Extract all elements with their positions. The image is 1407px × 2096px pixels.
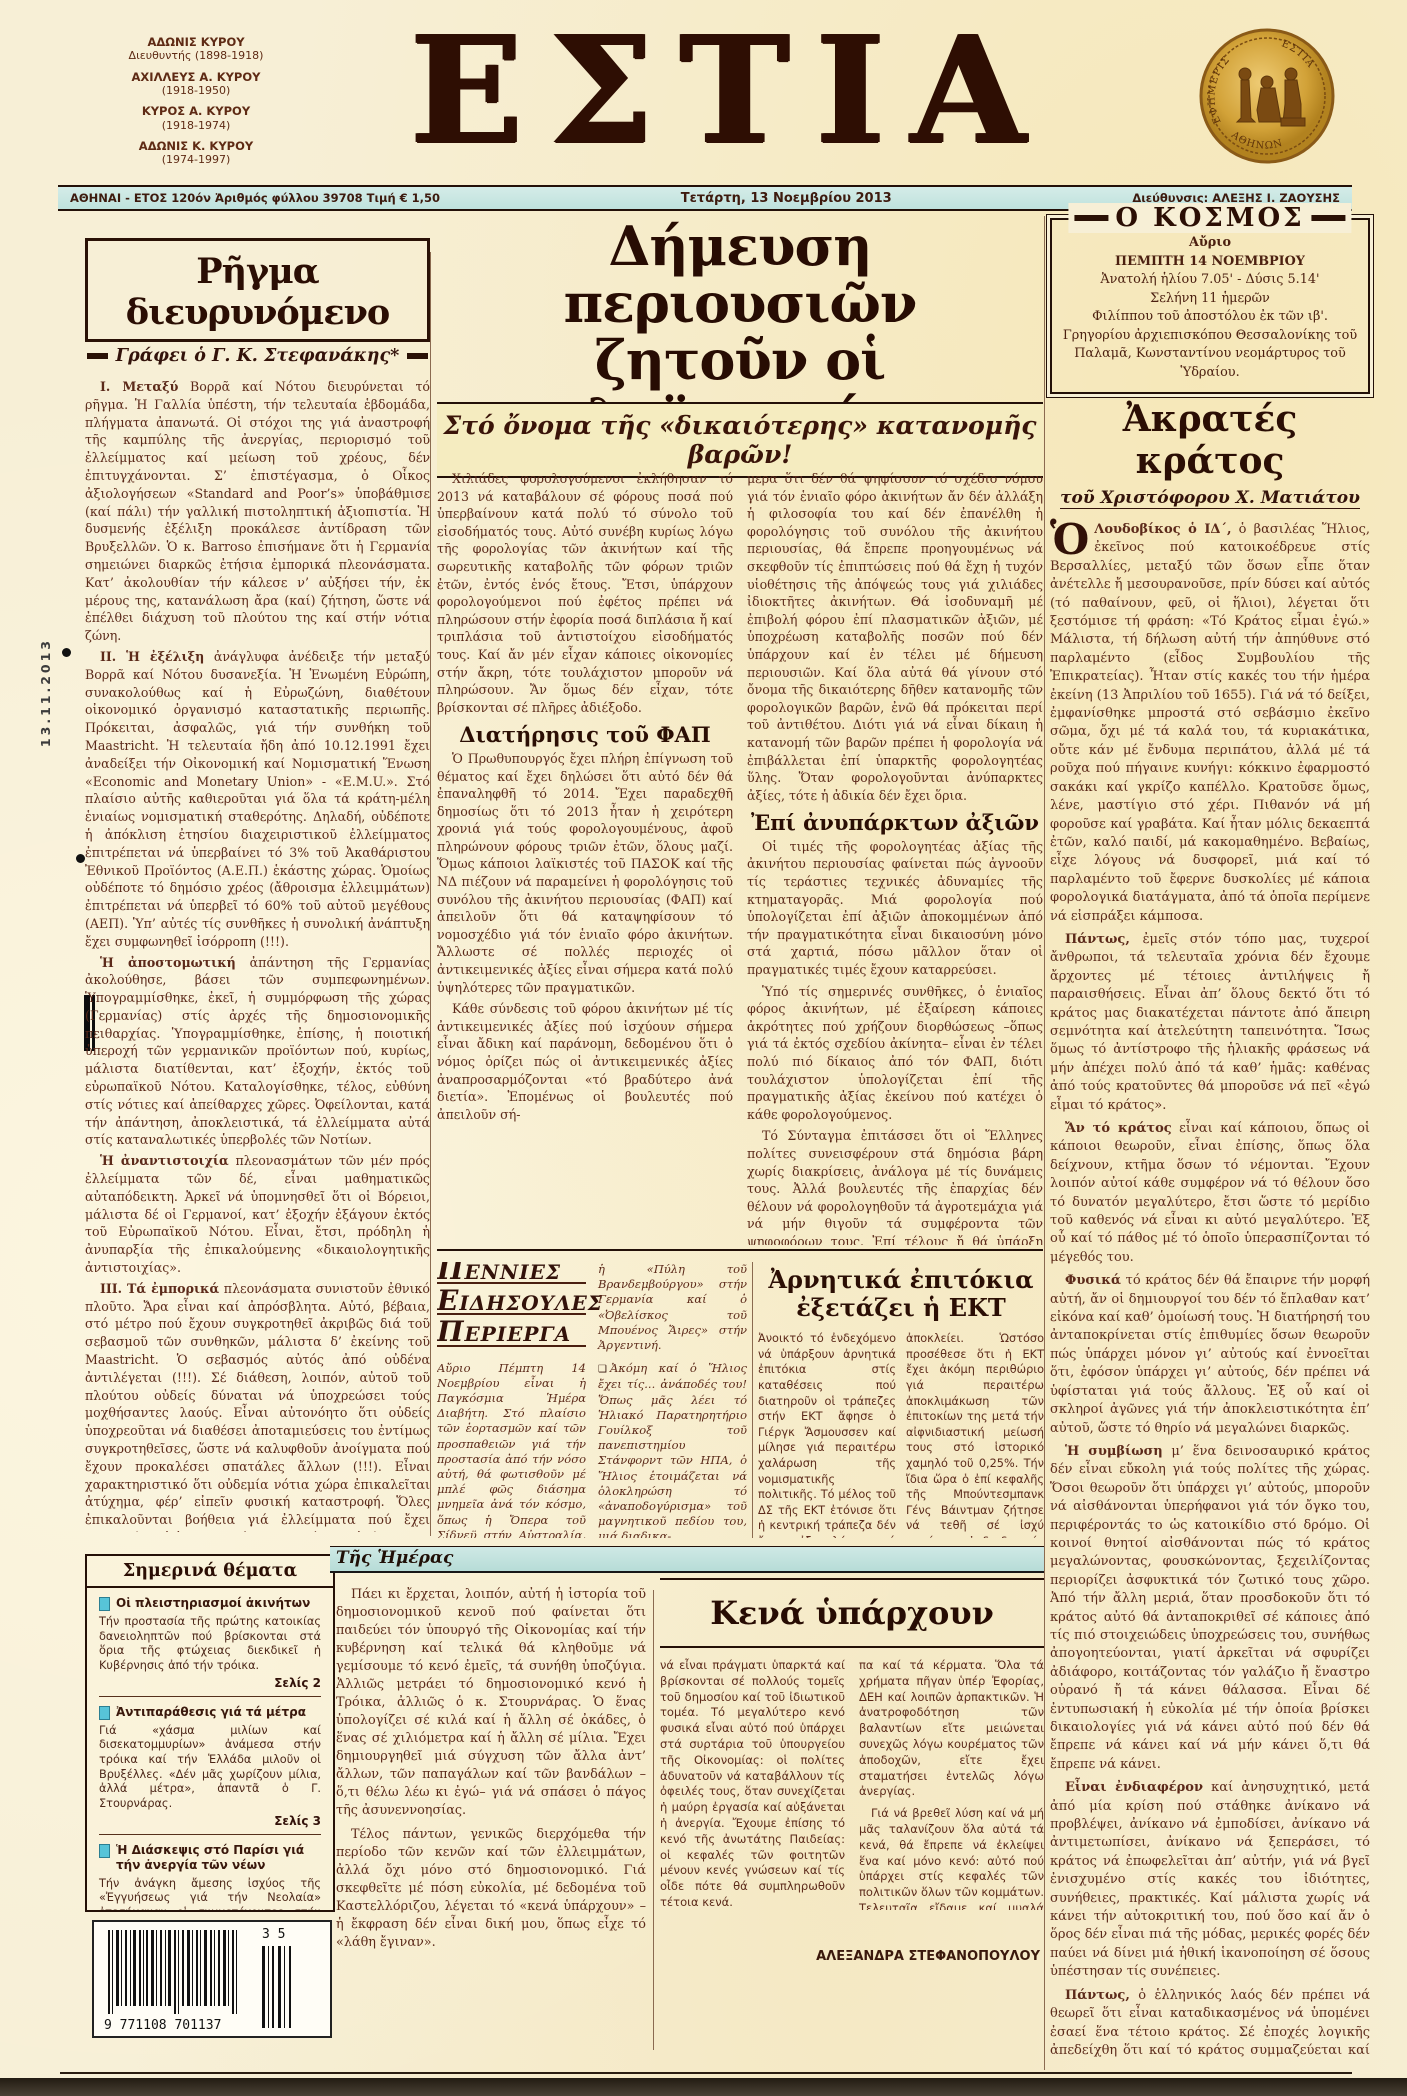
founder-years: Διευθυντής (1898-1918) <box>85 49 307 62</box>
paragraph: Ὑπό τίς σημερινές συνθῆκες, ὁ ἑνιαῖος φό… <box>747 983 1043 1124</box>
state-article-byline: τοῦ Χριστόφορου Χ. Ματιάτου <box>1060 488 1360 509</box>
drop-cap: Ὁ <box>1050 523 1089 557</box>
paragraph: ΙΙ. Ἡ ἐξέλιξη ἀνάγλυφα ἀνέδειξε τήν μετα… <box>85 648 430 951</box>
edge-dot-mark <box>76 854 85 863</box>
pennies-title: ΠΕΝΝΙΕΣ <box>437 1262 586 1284</box>
newspaper-logo: ΕΣΤΙΑ <box>292 6 1170 174</box>
opinion-body: Ι. Μεταξύ Βορρᾶ καί Νότου διευρύνεται τό… <box>85 378 430 1532</box>
svg-text:3 5: 3 5 <box>262 1927 285 1942</box>
ecb-body: Ἀνοικτό τό ἐνδεχόμενο νά ὑπάρξουν ἀρνητι… <box>758 1331 1044 1538</box>
columnist-signature: ΑΛΕΞΑΝΔΡΑ ΣΤΕΦΑΝΟΠΟΥΛΟΥ <box>816 1949 1040 1964</box>
kena-body: νά εἶναι πράγματι ὑπαρκτά καί βρίσκονται… <box>660 1658 1044 1910</box>
paragraph: Ἀνοικτό τό ἐνδεχόμενο νά ὑπάρξουν ἀρνητι… <box>758 1331 896 1538</box>
rule <box>660 1578 1044 1580</box>
paragraph: Ἡ ἀναντιστοιχία πλεονασμάτων τῶν μέν πρό… <box>85 1152 430 1277</box>
topic-bullet-icon <box>99 1706 110 1720</box>
paragraph: Πάντως, ὁ ἑλληνικός λαός δέν πρέπει νά θ… <box>1050 1987 1370 2060</box>
state-column-article: Ἀκρατές κράτος τοῦ Χριστόφορου Χ. Ματιάτ… <box>1050 398 1370 2060</box>
kena-col-2: πα καί τά κέρματα. Ὅλα τά χρήματα πῆγαν … <box>859 1658 1044 1910</box>
rule-bar <box>407 353 428 359</box>
paragraph: ΙΙΙ. Τά ἐμπορικά πλεονάσματα συνιστοῦν ἐ… <box>85 1280 430 1532</box>
kosmos-calendar-box: Ο ΚΟΣΜΟΣ Αὔριο ΠΕΜΠΤΗ 14 ΝΟΕΜΒΡΙΟΥ Ἀνατο… <box>1050 218 1370 394</box>
dateline-date: Τετάρτη, 13 Νοεμβρίου 2013 <box>681 191 892 206</box>
brief-item: Αὔριο Πέμπτη 14 Νοεμβρίου εἶναι ἡ Παγκόσ… <box>437 1361 586 1538</box>
paragraph: Πάει κι ἔρχεται, λοιπόν, αὐτή ἡ ἱστορία … <box>336 1586 646 1820</box>
bottom-rule <box>60 2072 1352 2074</box>
state-article-body: Ὁ Λουδοβίκος ὁ ΙΔ΄, ὁ βασιλέας Ἥλιος, ἐκ… <box>1050 521 1370 2060</box>
kosmos-day: ΠΕΜΠΤΗ 14 ΝΟΕΜΒΡΙΟΥ <box>1062 253 1358 272</box>
ecb-article: Ἀρνητικά ἐπιτόκιαἐξετάζει ἡ ΕΚΤ Ἀνοικτό … <box>758 1262 1044 1538</box>
ecb-headline: Ἀρνητικά ἐπιτόκιαἐξετάζει ἡ ΕΚΤ <box>758 1266 1044 1321</box>
paragraph: Εἶναι ἐνδιαφέρον καί ἀνησυχητικό, μετά ἀ… <box>1050 1779 1370 1981</box>
founder-years: (1974-1997) <box>85 153 307 166</box>
crosshead: Ἐπί ἀνυπάρκτων ἀξιῶν <box>747 814 1043 832</box>
paragraph: Ἡ συμβίωση μ’ ἕνα δεινοσαυρικό κράτος δέ… <box>1050 1443 1370 1774</box>
pennies-col-1: ΠΕΝΝΙΕΣ ΕΙΔΗΣΟΥΛΕΣ ΠΕΡΙΕΡΓΑ Αὔριο Πέμπτη… <box>437 1262 586 1538</box>
main-subhead: Στό ὄνομα τῆς «δικαιότερης» κατανομῆς βα… <box>437 402 1043 478</box>
rule-bar <box>1312 215 1346 221</box>
page-reference: Σελίς 2 <box>99 1674 321 1697</box>
main-article-col-2: μερα ὅτι δέν θά ψηφίσουν τό σχέδιο νόμου… <box>747 470 1043 1245</box>
scan-edge-shadow <box>0 2078 1407 2096</box>
topic-item: Ἡ Διάσκεψις στό Παρίσι γιά τήν ἀνεργία τ… <box>87 1835 333 1912</box>
paragraph: Κάθε σύνδεσις τοῦ φόρου ἀκινήτων μέ τίς … <box>437 1000 733 1123</box>
brief-item: ❑Ἀκόμη καί ὁ Ἥλιος ἔχει τίς... ἀνάποδές … <box>598 1361 747 1538</box>
paragraph: Ὁ Πρωθυπουργός ἔχει πλήρη ἐπίγνωση τοῦ θ… <box>437 750 733 996</box>
main-article-body: Χιλιάδες φορολογούμενοι ἐκλήθησαν τό 201… <box>437 470 1043 1245</box>
dateline-issue: ΑΘΗΝΑΙ - ΕΤΟΣ 120όν Ἀριθμός φύλλου 39708… <box>70 191 440 205</box>
founder-name: ΑΔΩΝΙΣ Κ. ΚΥΡΟΥ <box>85 139 307 153</box>
paragraph: Πάντως, ἐμεῖς στόν τόπο μας, τυχεροί ἄνθ… <box>1050 931 1370 1115</box>
pennies-title: ΕΙΔΗΣΟΥΛΕΣ <box>437 1293 586 1315</box>
kena-headline: Κενά ὑπάρχουν <box>660 1594 1044 1632</box>
rule-bar <box>1074 215 1108 221</box>
kosmos-moon: Σελήνη 11 ἡμερῶν <box>1062 290 1358 309</box>
pennies-col-2: ἡ «Πύλη τοῦ Βρανδεμβούργου» στήν Γερμανί… <box>598 1262 747 1538</box>
founder-years: (1918-1974) <box>85 119 307 132</box>
paragraph: Οἱ τιμές τῆς φορολογητέας ἀξίας τῆς ἀκιν… <box>747 838 1043 979</box>
opinion-article: Ρῆγμα διευρυνόμενο Γράφει ὁ Γ. Κ. Στεφαν… <box>85 238 430 1532</box>
opinion-title: Ρῆγμα διευρυνόμενο <box>94 251 421 333</box>
paragraph: Φυσικά τό κράτος δέν θά ἔπαιρνε τήν μορφ… <box>1050 1272 1370 1438</box>
paragraph: Χιλιάδες φορολογούμενοι ἐκλήθησαν τό 201… <box>437 470 733 716</box>
column-rule <box>1044 216 1045 2070</box>
todays-topics-box: Σημερινά θέματα Οἱ πλειστηριασμοί ἀκινήτ… <box>85 1554 335 1912</box>
svg-text:9 771108 701137: 9 771108 701137 <box>104 2018 221 2033</box>
paragraph: Τό Σύνταγμα ἐπιτάσσει ὅτι οἱ Ἕλληνες πολ… <box>747 1127 1043 1245</box>
edge-dot-mark <box>62 648 71 657</box>
kena-article: Κενά ὑπάρχουν νά εἶναι πράγματι ὑπαρκτά … <box>660 1578 1044 1970</box>
kena-col-1: νά εἶναι πράγματι ὑπαρκτά καί βρίσκονται… <box>660 1658 845 1910</box>
paragraph: πα καί τά κέρματα. Ὅλα τά χρήματα πῆγαν … <box>859 1658 1044 1800</box>
crosshead: Διατήρησις τοῦ ΦΑΠ <box>437 726 733 744</box>
page-reference: Σελίς 3 <box>99 1812 321 1835</box>
pennies-title: ΠΕΡΙΕΡΓΑ <box>437 1324 586 1346</box>
tis-imeras-label: Τῆς Ἡμέρας <box>336 1548 453 1568</box>
edge-print-date: 13.11.2013 <box>38 638 53 747</box>
kosmos-tomorrow: Αὔριο <box>1062 234 1358 253</box>
tis-imeras-column: Πάει κι ἔρχεται, λοιπόν, αὐτή ἡ ἱστορία … <box>336 1586 646 2038</box>
kosmos-body: Αὔριο ΠΕΜΠΤΗ 14 ΝΟΕΜΒΡΙΟΥ Ἀνατολή ἡλίου … <box>1062 234 1358 382</box>
paragraph: Ἡ ἀποστομωτική ἀπάντηση τῆς Γερμανίας ἀκ… <box>85 954 430 1150</box>
topic-bullet-icon <box>99 1597 110 1611</box>
issue-barcode: 9 771108 701137 3 5 <box>92 1920 332 2038</box>
square-bullet-icon: ❑ <box>598 1364 607 1375</box>
kosmos-saints: Φιλίππου τοῦ ἀποστόλου ἐκ τῶν ιβ'. Γρηγο… <box>1062 308 1358 382</box>
rule-bar <box>87 353 108 359</box>
founders-list: ΑΔΩΝΙΣ ΚΥΡΟΥ Διευθυντής (1898-1918) ΑΧΙΛ… <box>85 28 307 166</box>
pennies-briefs: ΠΕΝΝΙΕΣ ΕΙΔΗΣΟΥΛΕΣ ΠΕΡΙΕΡΓΑ Αὔριο Πέμπτη… <box>437 1262 747 1538</box>
founder-name: ΑΧΙΛΛΕΥΣ Α. ΚΥΡΟΥ <box>85 70 307 84</box>
kosmos-sun-times: Ἀνατολή ἡλίου 7.05' - Δύσις 5.14' <box>1062 271 1358 290</box>
brief-item: ἡ «Πύλη τοῦ Βρανδεμβούργου» στήν Γερμανί… <box>598 1262 747 1353</box>
topic-bullet-icon <box>99 1844 110 1858</box>
state-article-title: Ἀκρατές κράτος <box>1050 398 1370 482</box>
newspaper-front-page: 13.11.2013 ΑΔΩΝΙΣ ΚΥΡΟΥ Διευθυντής (1898… <box>0 0 1407 2096</box>
main-article-col-1: Χιλιάδες φορολογούμενοι ἐκλήθησαν τό 201… <box>437 470 733 1245</box>
paragraph: Ι. Μεταξύ Βορρᾶ καί Νότου διευρύνεται τό… <box>85 378 430 645</box>
estia-seal-emblem: ΕΦΗΜΕΡΙΣ ΕΣΤΙΑ ΑΘΗΝΩΝ <box>1197 26 1337 166</box>
paragraph: Γιά νά βρεθεῖ λύση καί νά μή μᾶς ταλανίζ… <box>859 1806 1044 1910</box>
paragraph: Τέλος πάντων, γενικῶς διερχόμεθα τήν περ… <box>336 1826 646 1952</box>
paragraph: Ὁ Λουδοβίκος ὁ ΙΔ΄, ὁ βασιλέας Ἥλιος, ἐκ… <box>1050 521 1370 926</box>
founder-name: ΑΔΩΝΙΣ ΚΥΡΟΥ <box>85 35 307 49</box>
opinion-title-box: Ρῆγμα διευρυνόμενο <box>85 238 430 342</box>
tis-imeras-band: Τῆς Ἡμέρας <box>330 1546 1044 1573</box>
founder-years: (1918-1950) <box>85 84 307 97</box>
topic-item: Οἱ πλειστηριασμοί ἀκινήτων Τήν προστασία… <box>87 1588 333 1697</box>
paragraph: ἀποκλείει. Ὡστόσο προσέθεσε ὅτι ἡ ΕΚΤ ἔχ… <box>906 1331 1044 1538</box>
column-rule <box>752 1262 753 1538</box>
paragraph: νά εἶναι πράγματι ὑπαρκτά καί βρίσκονται… <box>660 1658 845 1910</box>
column-rule <box>430 252 431 1536</box>
paragraph: μερα ὅτι δέν θά ψηφίσουν τό σχέδιο νόμου… <box>747 470 1043 804</box>
paragraph: Ἄν τό κράτος εἶναι καί κάποιου, ὅπως οἱ … <box>1050 1120 1370 1267</box>
section-rule <box>437 1249 1043 1251</box>
topic-item: Ἀντιπαράθεσις γιά τά μέτρα Γιά «χάσμα μι… <box>87 1697 333 1835</box>
opinion-byline: Γράφει ὁ Γ. Κ. Στεφανάκης* <box>87 346 428 366</box>
topics-header: Σημερινά θέματα <box>87 1556 333 1588</box>
founder-name: ΚΥΡΟΣ Α. ΚΥΡΟΥ <box>85 104 307 118</box>
kosmos-title: Ο ΚΟΣΜΟΣ <box>1068 203 1351 233</box>
rule <box>660 1646 1044 1648</box>
column-rule <box>653 1590 654 2050</box>
